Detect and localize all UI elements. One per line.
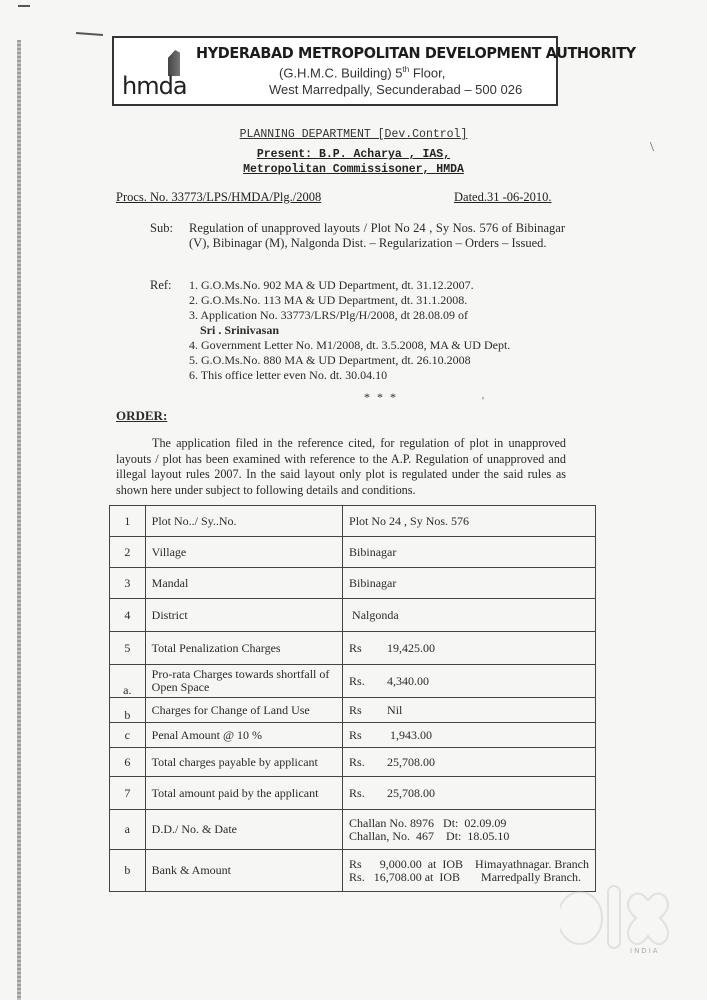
table-row: 3MandalBibinagar [110, 568, 596, 599]
row-value: Bibinagar [343, 537, 596, 568]
currency-label: Rs [349, 704, 387, 717]
amount-value: 19,425.00 [387, 641, 435, 655]
row-label: Village [145, 537, 342, 568]
reference-item: 3. Application No. 33773/LRS/Plg/H/2008,… [189, 308, 510, 323]
row-label: Plot No../ Sy..No. [145, 506, 342, 537]
row-label: Total amount paid by the applicant [145, 777, 342, 810]
row-label: Bank & Amount [145, 850, 342, 892]
hmda-logo: hmda [120, 50, 200, 100]
present-text: Present: B.P. Acharya , IAS, [257, 148, 450, 161]
reference-item: 6. This office letter even No. dt. 30.04… [189, 368, 510, 383]
row-number: 5 [110, 632, 146, 665]
row-value: Nalgonda [343, 599, 596, 632]
row-label: Penal Amount @ 10 % [145, 723, 342, 748]
row-value: Rs19,425.00 [343, 632, 596, 665]
address-line-2: West Marredpally, Secunderabad – 500 026 [269, 82, 522, 97]
row-value: Rs.4,340.00 [343, 665, 596, 698]
row-number: 3 [110, 568, 146, 599]
value-line: Rs 9,000.00 at IOB Himayathnagar. Branch [349, 858, 589, 871]
table-row: 2VillageBibinagar [110, 537, 596, 568]
row-value: Plot No 24 , Sy Nos. 576 [343, 506, 596, 537]
row-value: RsNil [343, 698, 596, 723]
reference-applicant: Sri . Srinivasan [189, 323, 510, 338]
row-label: D.D./ No. & Date [145, 810, 342, 850]
watermark-country: INDIA [630, 947, 660, 955]
scan-mark [18, 5, 30, 7]
row-value: Rs 9,000.00 at IOB Himayathnagar. Branch… [343, 850, 596, 892]
order-date: Dated.31 -06-2010. [454, 190, 552, 205]
reference-item: 5. G.O.Ms.No. 880 MA & UD Department, dt… [189, 353, 510, 368]
department-heading: PLANNING DEPARTMENT [Dev.Control] [0, 128, 707, 141]
table-row: 1Plot No../ Sy..No.Plot No 24 , Sy Nos. … [110, 506, 596, 537]
value-line: Rs. 16,708.00 at IOB Marredpally Branch. [349, 871, 589, 884]
subject-label: Sub: [150, 221, 173, 236]
value-line: Challan No. 8976 Dt: 02.09.09 [349, 817, 589, 830]
row-number: c [110, 723, 146, 748]
bank-amount-row: bBank & AmountRs 9,000.00 at IOB Himayat… [110, 850, 596, 892]
row-value: Rs.25,708.00 [343, 748, 596, 777]
table-row: bCharges for Change of Land UseRsNil [110, 698, 596, 723]
amount-value: 4,340.00 [387, 674, 429, 688]
row-label: District [145, 599, 342, 632]
currency-label: Rs. [349, 756, 387, 769]
row-number: a. [110, 665, 146, 698]
amount-value: 25,708.00 [387, 786, 435, 800]
currency-label: Rs. [349, 675, 387, 688]
subject-text: Regulation of unapproved layouts / Plot … [189, 221, 565, 251]
row-number: a [110, 810, 146, 850]
reference-item: 1. G.O.Ms.No. 902 MA & UD Department, dt… [189, 278, 510, 293]
table-row: 5Total Penalization ChargesRs19,425.00 [110, 632, 596, 665]
row-value: Rs 1,943.00 [343, 723, 596, 748]
row-label: Mandal [145, 568, 342, 599]
department-text: PLANNING DEPARTMENT [Dev.Control] [240, 128, 468, 141]
amount-value: Nil [387, 703, 402, 717]
row-number: 2 [110, 537, 146, 568]
row-number: b [110, 698, 146, 723]
scan-speck: ' [482, 395, 484, 407]
olx-watermark-icon [560, 880, 690, 960]
amount-value: 1,943.00 [387, 728, 432, 742]
currency-label: Rs [349, 642, 387, 655]
currency-label: Rs [349, 729, 387, 742]
commissioner-text: Metropolitan Commissisoner, HMDA [243, 163, 464, 176]
table-row: a.Pro-rata Charges towards shortfall of … [110, 665, 596, 698]
reference-label: Ref: [150, 278, 172, 293]
row-label: Total Penalization Charges [145, 632, 342, 665]
row-value: Rs.25,708.00 [343, 777, 596, 810]
row-number: b [110, 850, 146, 892]
row-value: Bibinagar [343, 568, 596, 599]
order-paragraph: The application filed in the reference c… [116, 436, 566, 498]
logo-text: hmda [122, 72, 187, 100]
value-line: Challan, No. 467 Dt: 18.05.10 [349, 830, 589, 843]
details-table: 1Plot No../ Sy..No.Plot No 24 , Sy Nos. … [109, 505, 596, 892]
row-label: Total charges payable by applicant [145, 748, 342, 777]
row-label: Charges for Change of Land Use [145, 698, 342, 723]
reference-list: 1. G.O.Ms.No. 902 MA & UD Department, dt… [189, 278, 510, 383]
scan-mark [76, 32, 103, 36]
proceedings-number: Procs. No. 33773/LPS/HMDA/Plg./2008 [116, 190, 321, 205]
row-number: 1 [110, 506, 146, 537]
row-number: 4 [110, 599, 146, 632]
scan-edge-artifact [17, 40, 21, 1000]
present-line: Present: B.P. Acharya , IAS, [0, 148, 707, 161]
section-separator: * * * [364, 390, 398, 405]
payment-challan-row: aD.D./ No. & DateChallan No. 8976 Dt: 02… [110, 810, 596, 850]
commissioner-line: Metropolitan Commissisoner, HMDA [0, 163, 707, 176]
scan-speck: \ [650, 140, 654, 156]
row-value: Challan No. 8976 Dt: 02.09.09Challan, No… [343, 810, 596, 850]
table-row: 4District Nalgonda [110, 599, 596, 632]
letterhead: hmda HYDERABAD METROPOLITAN DEVELOPMENT … [112, 36, 558, 106]
address-floor: Floor, [409, 65, 445, 80]
reference-item: 4. Government Letter No. M1/2008, dt. 3.… [189, 338, 510, 353]
row-label: Pro-rata Charges towards shortfall of Op… [145, 665, 342, 698]
currency-label: Rs. [349, 787, 387, 800]
address-line-1: (G.H.M.C. Building) 5th Floor, [279, 65, 445, 80]
reference-item: 2. G.O.Ms.No. 113 MA & UD Department, dt… [189, 293, 510, 308]
table-row: 7Total amount paid by the applicantRs.25… [110, 777, 596, 810]
table-row: cPenal Amount @ 10 %Rs 1,943.00 [110, 723, 596, 748]
organization-name: HYDERABAD METROPOLITAN DEVELOPMENT AUTHO… [196, 44, 527, 62]
amount-value: 25,708.00 [387, 755, 435, 769]
order-heading: ORDER: [116, 408, 167, 424]
row-number: 7 [110, 777, 146, 810]
row-number: 6 [110, 748, 146, 777]
address-building: (G.H.M.C. Building) 5 [279, 65, 403, 80]
table-row: 6Total charges payable by applicantRs.25… [110, 748, 596, 777]
